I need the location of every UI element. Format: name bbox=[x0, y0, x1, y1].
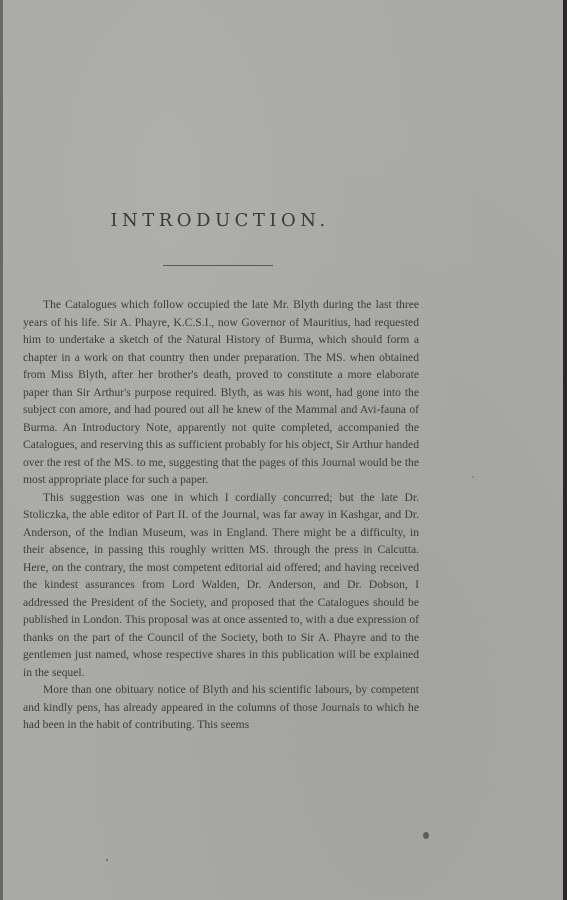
ink-speck bbox=[472, 476, 474, 478]
page-left-edge bbox=[0, 0, 3, 900]
paragraph-2: This suggestion was one in which I cordi… bbox=[23, 489, 419, 682]
body-text: The Catalogues which follow occupied the… bbox=[23, 296, 419, 734]
page-right-edge bbox=[563, 0, 567, 900]
ink-spot bbox=[423, 832, 429, 839]
paragraph-3: More than one obituary notice of Blyth a… bbox=[23, 681, 419, 734]
title-divider bbox=[163, 265, 273, 266]
scanned-page: INTRODUCTION. The Catalogues which follo… bbox=[0, 0, 563, 900]
page-title: INTRODUCTION. bbox=[0, 210, 440, 231]
ink-speck bbox=[106, 859, 108, 861]
paragraph-1: The Catalogues which follow occupied the… bbox=[23, 296, 419, 489]
